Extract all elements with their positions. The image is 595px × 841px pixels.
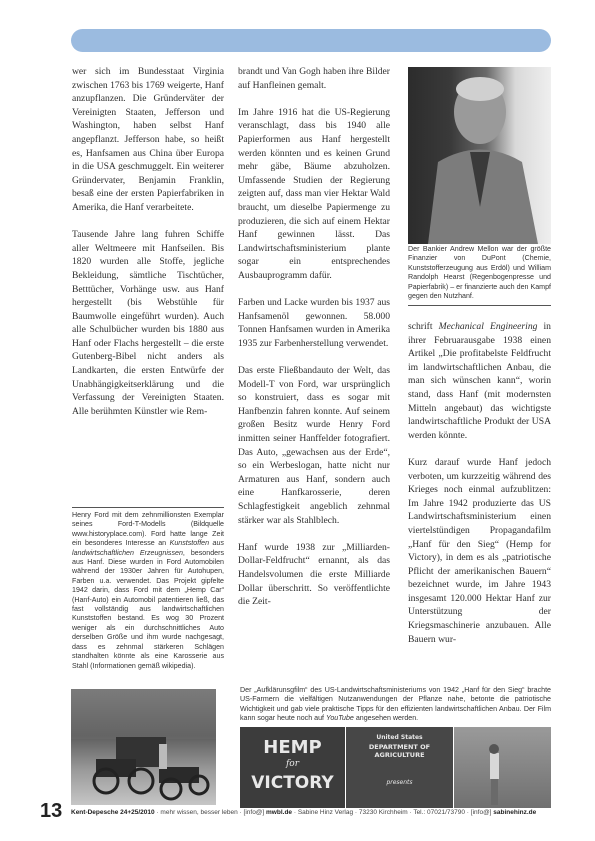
portrait-illustration-icon bbox=[408, 67, 551, 244]
paragraph: wer sich im Bundesstaat Virginia zwische… bbox=[72, 65, 224, 215]
footer-link-sabinehinz[interactable]: sabinehinz.de bbox=[493, 809, 536, 816]
film-still-hemp-field bbox=[454, 727, 551, 808]
article-column-3: schrift Mechanical Engineering in ihrer … bbox=[408, 320, 551, 660]
footer-link-mwbl[interactable]: mwbl.de bbox=[266, 809, 292, 816]
ford-caption: Henry Ford mit dem zehnmillionsten Exemp… bbox=[72, 507, 224, 671]
film-still-title: HEMP for VICTORY bbox=[240, 727, 345, 808]
footer-imprint: Kent-Depesche 24+25/2010 · mehr wissen, … bbox=[71, 809, 536, 816]
paragraph: schrift Mechanical Engineering in ihrer … bbox=[408, 320, 551, 442]
mellon-caption: Der Bankier Andrew Mellon war der größte… bbox=[408, 245, 551, 306]
film-still-department: United States DEPARTMENT OF AGRICULTURE … bbox=[346, 727, 453, 808]
car-illustration-icon bbox=[71, 689, 216, 805]
article-column-2: brandt und Van Gogh haben ihre Bilder au… bbox=[238, 65, 390, 622]
header-bar bbox=[71, 29, 551, 52]
page-number: 13 bbox=[40, 800, 62, 823]
paragraph: Hanf wurde 1938 zur „Milliarden-Dollar-F… bbox=[238, 541, 390, 609]
farmer-in-field-icon bbox=[454, 727, 551, 808]
article-column-1: wer sich im Bundesstaat Virginia zwische… bbox=[72, 65, 224, 432]
film-caption: Der „Aufklärunsgfilm“ des US-Landwirtsch… bbox=[240, 686, 551, 724]
page-footer: 13 Kent-Depesche 24+25/2010 · mehr wisse… bbox=[40, 800, 560, 824]
andrew-mellon-portrait bbox=[408, 67, 551, 244]
paragraph: Im Jahre 1916 hat die US-Regierung veran… bbox=[238, 106, 390, 283]
paragraph: Tausende Jahre lang fuhren Schiffe aller… bbox=[72, 228, 224, 418]
paragraph: brandt und Van Gogh haben ihre Bilder au… bbox=[238, 65, 390, 92]
paragraph: Das erste Fließbandauto der Welt, das Mo… bbox=[238, 364, 390, 527]
paragraph: Kurz darauf wurde Hanf jedoch verboten, … bbox=[408, 456, 551, 646]
henry-ford-photo bbox=[71, 689, 216, 805]
paragraph: Farben und Lacke wurden bis 1937 aus Han… bbox=[238, 296, 390, 350]
